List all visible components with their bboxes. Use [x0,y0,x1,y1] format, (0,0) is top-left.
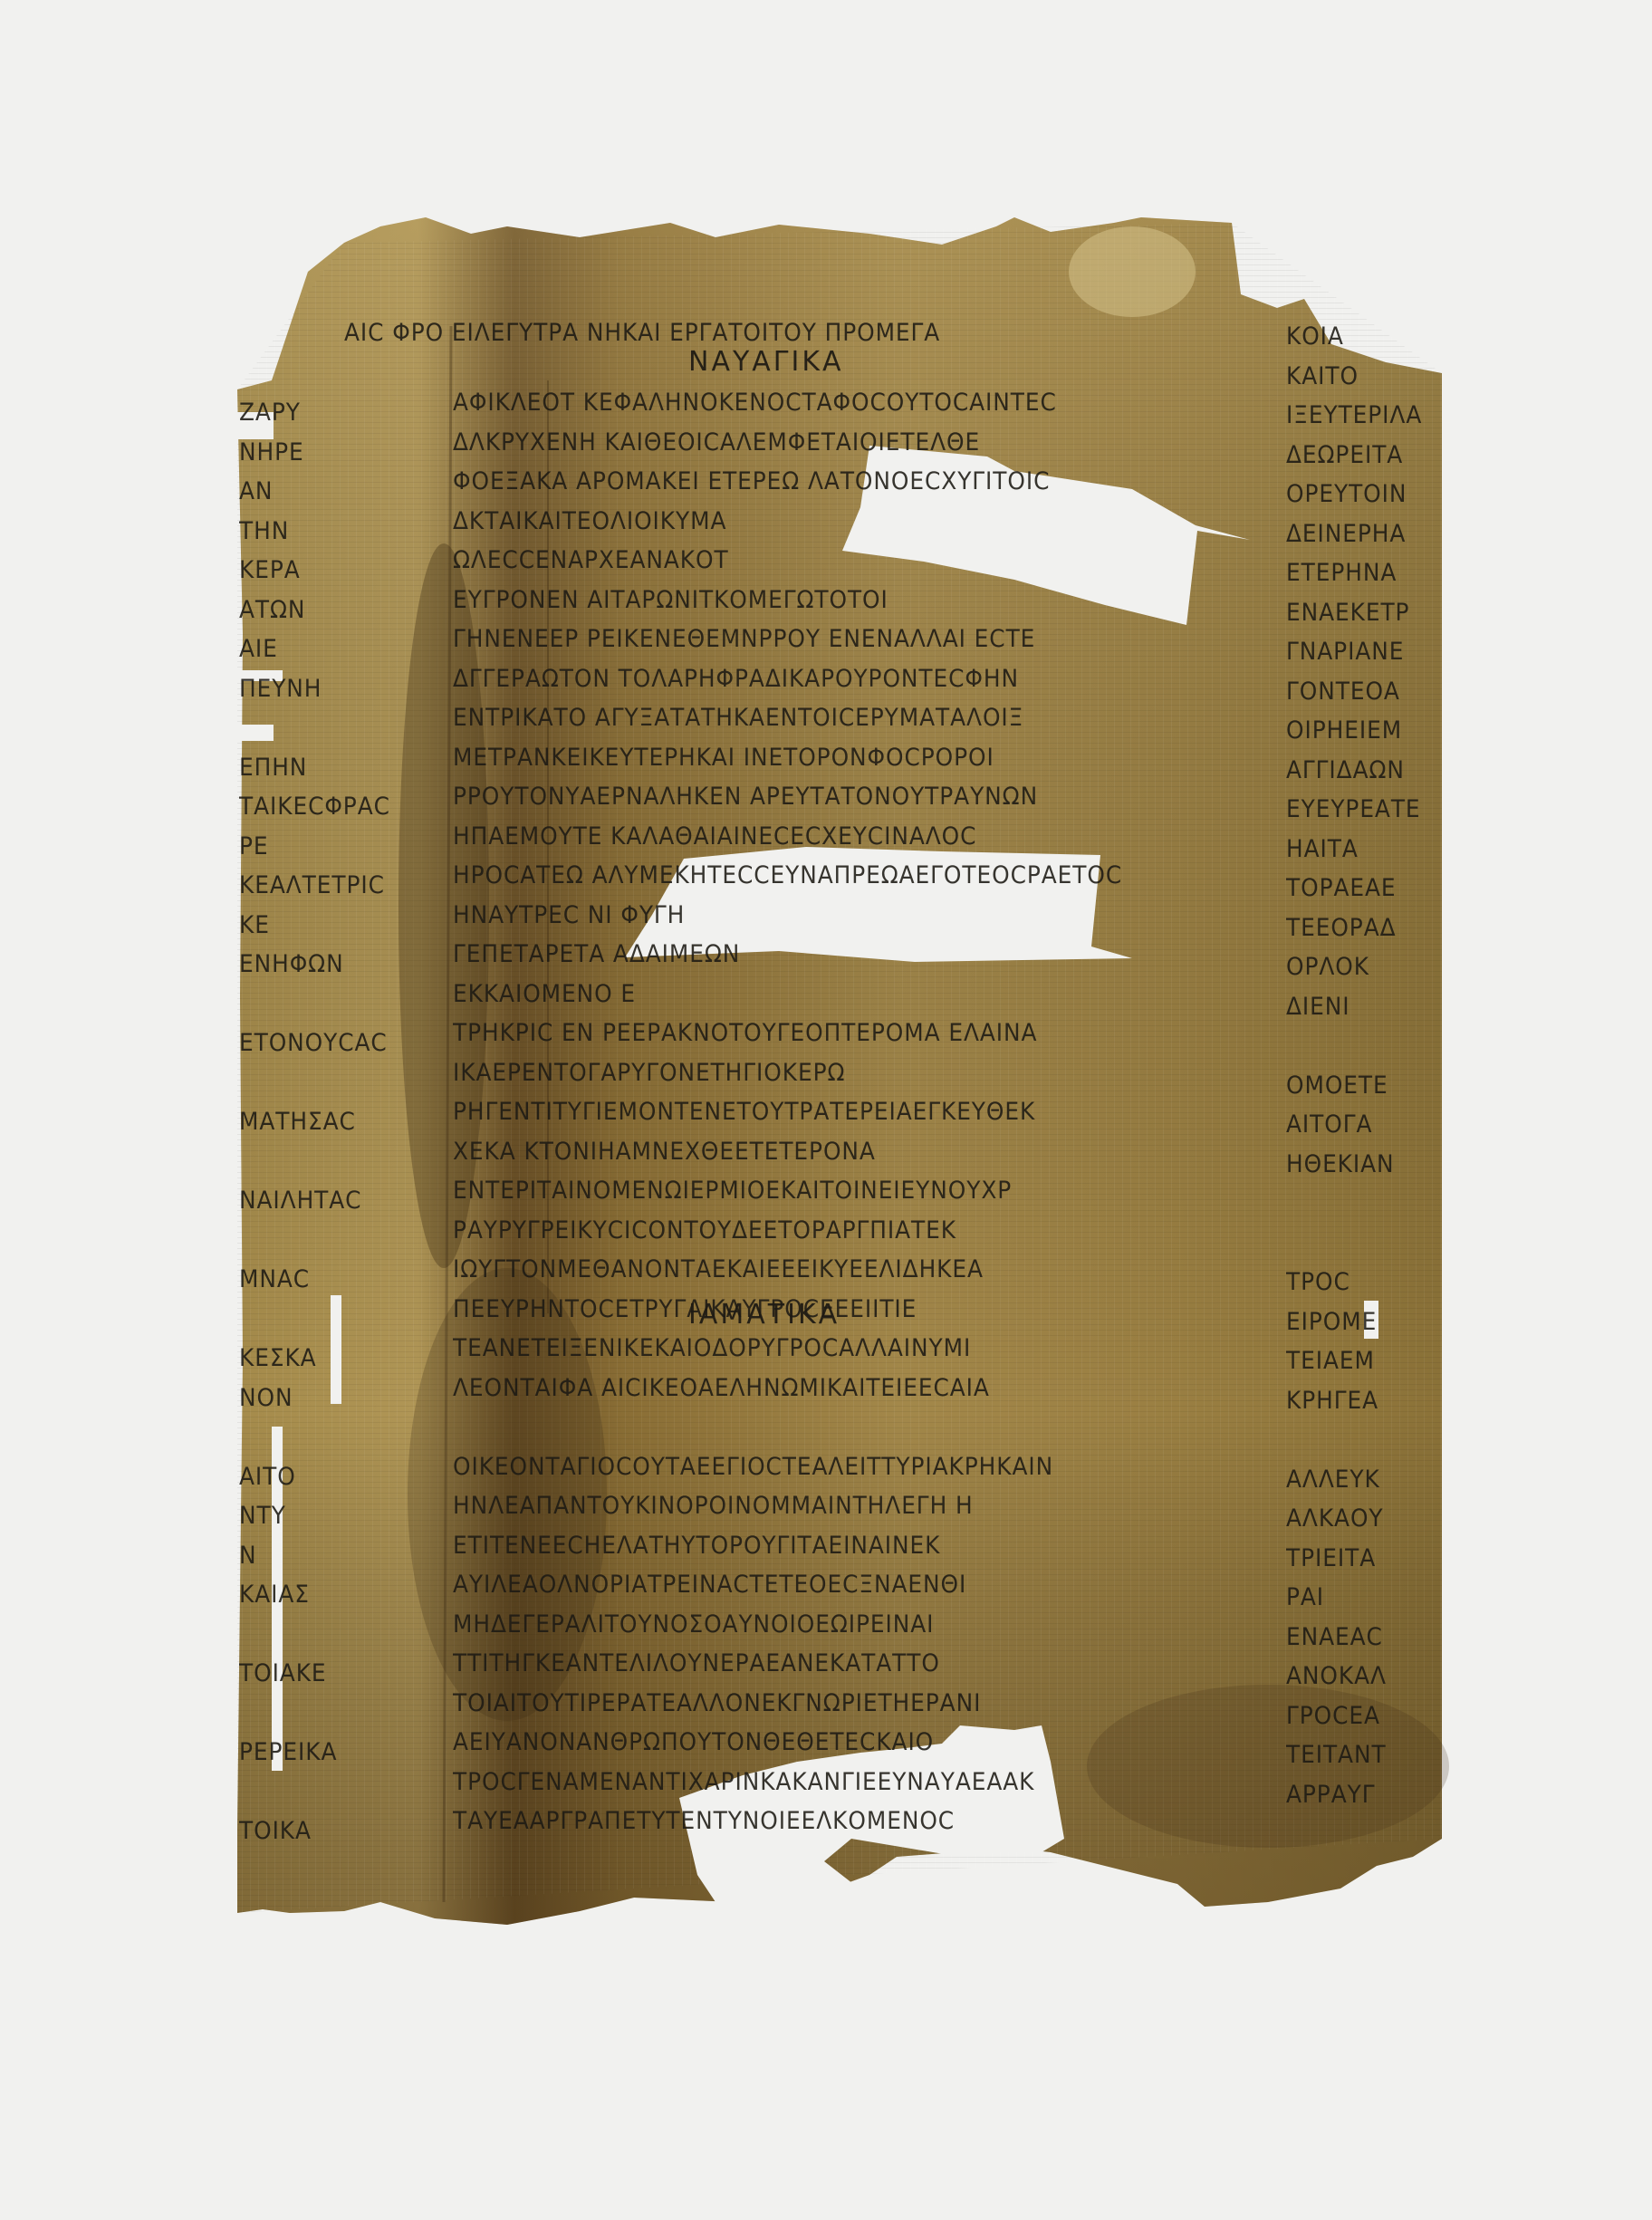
text-line [239,1694,380,1734]
text-line: ΓΡΟϹΕΑ [1286,1696,1429,1736]
text-line: ΓΝΑΡΙΑΝΕ [1286,632,1429,672]
text-line: ΕΝΤΡΙΚΑΤΟ ΑΓΥΞΑΤΑΤΗΚΑΕΝΤΟΙϹΕΡΥΜΑΤΑΛΟΙΞ [453,698,1219,738]
text-line: ΔΕΩΡΕΙΤΑ [1286,436,1429,476]
text-line: ΤΕΑΝΕΤΕΙΞΕΝΙΚΕΚΑΙΟΔΟΡΥΓΡΟϹΑΛΛΑΙΝΥΜΙ [453,1329,1219,1369]
text-line [239,1221,380,1261]
text-line: ΔΙΕΝΙ [1286,987,1429,1027]
text-line: ΤΕΕΟΡΑΔ [1286,908,1429,948]
text-line [239,1300,380,1340]
text-line: ΡΑΥΡΥΓΡΕΙΚΥϹΙϹΟΝΤΟΥΔΕΕΤΟΡΑΡΓΠΙΑΤΕΚ [453,1211,1219,1251]
text-line: ΝΑΙΛΗΤΑϹ [239,1181,380,1221]
text-line: ΑΕΙΥΑΝΟΝΑΝΘΡΩΠΟΥΤΟΝΘΕΘΕΤΕϹΚΑΙΟ [453,1723,1219,1763]
text-line: ΦΟΕΞΑΚΑ ΑΡΟΜΑΚΕΙ ΕΤΕΡΕΩ ΛΑΤΟΝΟΕϹΧΥΓΙΤΟΙϹ [453,462,1219,502]
text-line: ΟΙΡΗΕΙΕΜ [1286,711,1429,751]
text-line: ΛΕΟΝΤΑΙΦΑ ΑΙϹΙΚΕΟΑΕΛΗΝΩΜΙΚΑΙΤΕΙΕΕϹΑΙΑ [453,1369,1219,1408]
text-line: ΑΓΓΙΔΑΩΝ [1286,751,1429,791]
text-line: ΑΛΚΑΟΥ [1286,1499,1429,1539]
text-line: ΡΡΟΥΤΟΝΥΑΕΡΝΑΛΗΚΕΝ ΑΡΕΥΤΑΤΟΝΟΥΤΡΑΥΝΩΝ [453,777,1219,817]
text-line: ΟΡΛΟΚ [1286,947,1429,987]
text-line: ΕΝΗΦΩΝ [239,945,380,985]
text-line: ΤΡΙΕΙΤΑ [1286,1539,1429,1579]
text-line: ΙΚΑΕΡΕΝΤΟΓΑΡΥΓΟΝΕΤΗΓΙΟΚΕΡΩ [453,1053,1219,1093]
column-right: ΚΟΙΑΚΑΙΤΟΙΞΕΥΤΕΡΙΛΑΔΕΩΡΕΙΤΑΟΡΕΥΤΟΙΝΔΕΙΝΕ… [1286,317,1442,1814]
text-line: ΗΝΛΕΑΠΑΝΤΟΥΚΙΝΟΡΟΙΝΟΜΜΑΙΝΤΗΛΕΓΗ Η [453,1486,1219,1526]
text-line: ΚΕ [239,906,380,946]
text-line: ΠΕΕΥΡΗΝΤΟϹΕΤΡΥΓΑΙΚΑΥΓΡΟϹΕΕΕΙΙΤΙΕ [453,1290,1219,1330]
text-line: ΓΟΝΤΕΟΑ [1286,672,1429,712]
text-line: ΑΦΙΚΛΕΟΤ ΚΕΦΑΛΗΝΟΚΕΝΟϹΤΑΦΟϹΟΥΤΟϹΑΙΝΤΕϹ [453,383,1219,423]
text-line: ΚΕΡΑ [239,551,380,591]
text-line: ΡΗΓΕΝΤΙΤΥΓΙΕΜΟΝΤΕΝΕΤΟΥΤΡΑΤΕΡΕΙΑΕΓΚΕΥΘΕΚ [453,1092,1219,1132]
text-line: ΑΙΤΟ [239,1457,380,1497]
text-line: ΗΘΕΚΙΑΝ [1286,1145,1429,1185]
text-line: ΡΕ [239,827,380,867]
text-line [239,708,380,748]
text-line: ΤΕΙΤΑΝΤ [1286,1735,1429,1775]
text-line: ΤΡΗΚΡΙϹ ΕΝ ΡΕΕΡΑΚΝΟΤΟΥΓΕΟΠΤΕΡΟΜΑ ΕΛΑΙΝΑ [453,1014,1219,1053]
text-line: ΠΕΥΝΗ [239,669,380,709]
text-line: ΕΚΚΑΙΟΜΕΝΟ Ε [453,975,1219,1014]
text-line: ΕΤΟΝΟΥϹΑϹ [239,1024,380,1063]
text-line [453,1408,1219,1447]
text-line: ΩΛΕϹϹΕΝΑΡΧΕΑΝΑΚΟΤ [453,541,1219,581]
text-line [239,1773,380,1812]
text-line: ΤΗΝ [239,512,380,552]
column-middle: ΑΦΙΚΛΕΟΤ ΚΕΦΑΛΗΝΟΚΕΝΟϹΤΑΦΟϹΟΥΤΟϹΑΙΝΤΕϹΔΛ… [453,383,1286,1841]
text-line: ΔΕΙΝΕΡΗΑ [1286,514,1429,554]
text-line: ΝΗΡΕ [239,433,380,473]
text-line: ΤΟΙΑΚΕ [239,1654,380,1694]
text-line: ΔΚΤΑΙΚΑΙΤΕΟΛΙΟΙΚΥΜΑ [453,502,1219,542]
text-line: ΤΑΙΚΕϹΦΡΑϹ [239,787,380,827]
text-line: ΙΞΕΥΤΕΡΙΛΑ [1286,396,1429,436]
text-line: ΕΤΙΤΕΝΕΕϹΗΕΛΑΤΗΥΤΟΡΟΥΓΙΤΑΕΙΝΑΙΝΕΚ [453,1526,1219,1566]
text-line [1286,1026,1429,1066]
text-line: ΚΕΣΚΑ [239,1339,380,1379]
text-line: ΝΤΥ [239,1496,380,1536]
text-line: ΚΑΙΑΣ [239,1575,380,1615]
text-line [239,985,380,1024]
text-line [239,1063,380,1103]
text-line [239,1142,380,1182]
light-patch [1069,226,1196,317]
text-line [1286,1420,1429,1460]
text-line: ΕΥΕΥΡΕΑΤΕ [1286,790,1429,830]
text-line: ΡΕΡΕΙΚΑ [239,1733,380,1773]
text-line: ΚΑΙΤΟ [1286,357,1429,397]
text-line: ΟΙΚΕΟΝΤΑΓΙΟϹΟΥΤΑΕΕΓΙΟϹΤΕΑΛΕΙΤΤΥΡΙΑΚΡΗΚΑΙ… [453,1447,1219,1487]
text-line: ΕΝΑΕΚΕΤΡ [1286,593,1429,633]
text-line: ΔΛΚΡΥΧΕΝΗ ΚΑΙΘΕΟΙϹΑΛΕΜΦΕΤΑΙΟΙΕΤΕΛΘΕ [453,423,1219,463]
text-line: ΑΤΩΝ [239,591,380,630]
text-line: ΗΠΑΕΜΟΥΤΕ ΚΑΛΑΘΑΙΑΙΝΕϹΕϹΧΕΥϹΙΝΑΛΟϹ [453,817,1219,857]
text-line: ΤΡΟϹ [1286,1263,1429,1302]
text-line: ΑΝΟΚΑΛ [1286,1657,1429,1696]
text-line: ΤΟΡΑΕΑΕ [1286,869,1429,908]
text-line: ΑΡΡΑΥΓ [1286,1775,1429,1815]
text-line: ΗΝΑΥΤΡΕϹ ΝΙ ΦΥΓΗ [453,896,1219,936]
text-line: ΕΙΡΟΜΕ [1286,1302,1429,1342]
text-line: ΤΟΙΚΑ [239,1812,380,1851]
text-line: ΟΡΕΥΤΟΙΝ [1286,475,1429,514]
text-line: ΑΥΙΛΕΑΟΛΝΟΡΙΑΤΡΕΙΝΑϹΤΕΤΕΟΕϹΞΝΑΕΝΘΙ [453,1565,1219,1605]
text-line: ΝΟΝ [239,1379,380,1418]
text-line: ΤΤΙΤΗΓΚΕΑΝΤΕΛΙΛΟΥΝΕΡΑΕΑΝΕΚΑΤΑΤΤΟ [453,1644,1219,1684]
text-line: Ν [239,1536,380,1576]
text-line: ΕΝΤΕΡΙΤΑΙΝΟΜΕΝΩΙΕΡΜΙΟΕΚΑΙΤΟΙΝΕΙΕΥΝΟΥΧΡ [453,1171,1219,1211]
text-line: ΓΕΠΕΤΑΡΕΤΑ ΑΔΑΙΜΕΩΝ [453,935,1219,975]
text-line: ΤΑΥΕΑΑΡΓΡΑΠΕΤΥΤΕΝΤΥΝΟΙΕΕΛΚΟΜΕΝΟϹ [453,1802,1219,1841]
text-line: ΕΤΕΡΗΝΑ [1286,553,1429,593]
column-left: ΖΑΡΥΝΗΡΕΑΝΤΗΝΚΕΡΑΑΤΩΝΑΙΕΠΕΥΝΗΕΠΗΝΤΑΙΚΕϹΦ… [239,393,393,1851]
text-line [1286,1184,1429,1224]
text-line: ΜΑΤΗΣΑϹ [239,1102,380,1142]
text-line [1286,1224,1429,1264]
text-line: ΚΡΗΓΕΑ [1286,1381,1429,1421]
text-line: ΜΝΑϹ [239,1260,380,1300]
text-line: ΔΓΓΕΡΑΩΤΟΝ ΤΟΛΑΡΗΦΡΑΔΙΚΑΡΟΥΡΟΝΤΕϹΦΗΝ [453,659,1219,699]
text-line: ΚΟΙΑ [1286,317,1429,357]
text-line [239,1615,380,1655]
text-line: ΖΑΡΥ [239,393,380,433]
text-line: ΤΡΟϹΓΕΝΑΜΕΝΑΝΤΙΧΑΡΙΝΚΑΚΑΝΓΙΕΕΥΝΑΥΑΕΑΑΚ [453,1763,1219,1802]
text-line: ΕΝΑΕΑϹ [1286,1618,1429,1658]
heading-nauagika: ΝΑΥΑΓΙΚΑ [688,346,844,378]
text-line: ΟΜΟΕΤΕ [1286,1066,1429,1106]
text-line: ΑΙΤΟΓΑ [1286,1105,1429,1145]
text-line: ΤΕΙΑΕΜ [1286,1341,1429,1381]
text-line: ΧΕΚΑ ΚΤΟΝΙΗΑΜΝΕΧΘΕΕΤΕΤΕΡΟΝΑ [453,1132,1219,1172]
text-line: ΚΕΑΛΤΕΤΡΙϹ [239,866,380,906]
text-line: ΜΗΔΕΓΕΡΑΛΙΤΟΥΝΟΣΟΑΥΝΟΙΟΕΩΙΡΕΙΝΑΙ [453,1605,1219,1645]
text-line: ΗΑΙΤΑ [1286,830,1429,870]
text-line [239,1418,380,1457]
text-line: ΑΛΛΕΥΚ [1286,1460,1429,1500]
text-line: ΕΥΓΡΟΝΕΝ ΑΙΤΑΡΩΝΙΤΚΟΜΕΓΩΤΟΤΟΙ [453,581,1219,620]
text-line: ΡΑΙ [1286,1578,1429,1618]
text-line: ΓΗΝΕΝΕΕΡ ΡΕΙΚΕΝΕΘΕΜΝΡΡΟΥ ΕΝΕΝΑΛΛΑΙ ΕϹΤΕ [453,620,1219,659]
text-line: ΕΠΗΝ [239,748,380,788]
text-line: ΗΡΟϹΑΤΕΩ ΑΛΥΜΕΚΗΤΕϹϹΕΥΝΑΠΡΕΩΑΕΓΟΤΕΟϹΡΑΕΤ… [453,856,1219,896]
text-line: ΑΝ [239,472,380,512]
text-line: ΤΟΙΑΙΤΟΥΤΙΡΕΡΑΤΕΑΛΛΟΝΕΚΓΝΩΡΙΕΤΗΕΡΑΝΙ [453,1684,1219,1724]
text-line: ΙΩΥΓΤΟΝΜΕΘΑΝΟΝΤΑΕΚΑΙΕΕΕΙΚΥΕΕΛΙΔΗΚΕΑ [453,1250,1219,1290]
text-line: ΑΙΕ [239,629,380,669]
text-line: ΜΕΤΡΑΝΚΕΙΚΕΥΤΕΡΗΚΑΙ ΙΝΕΤΟΡΟΝΦΟϹΡΟΡΟΙ [453,738,1219,778]
